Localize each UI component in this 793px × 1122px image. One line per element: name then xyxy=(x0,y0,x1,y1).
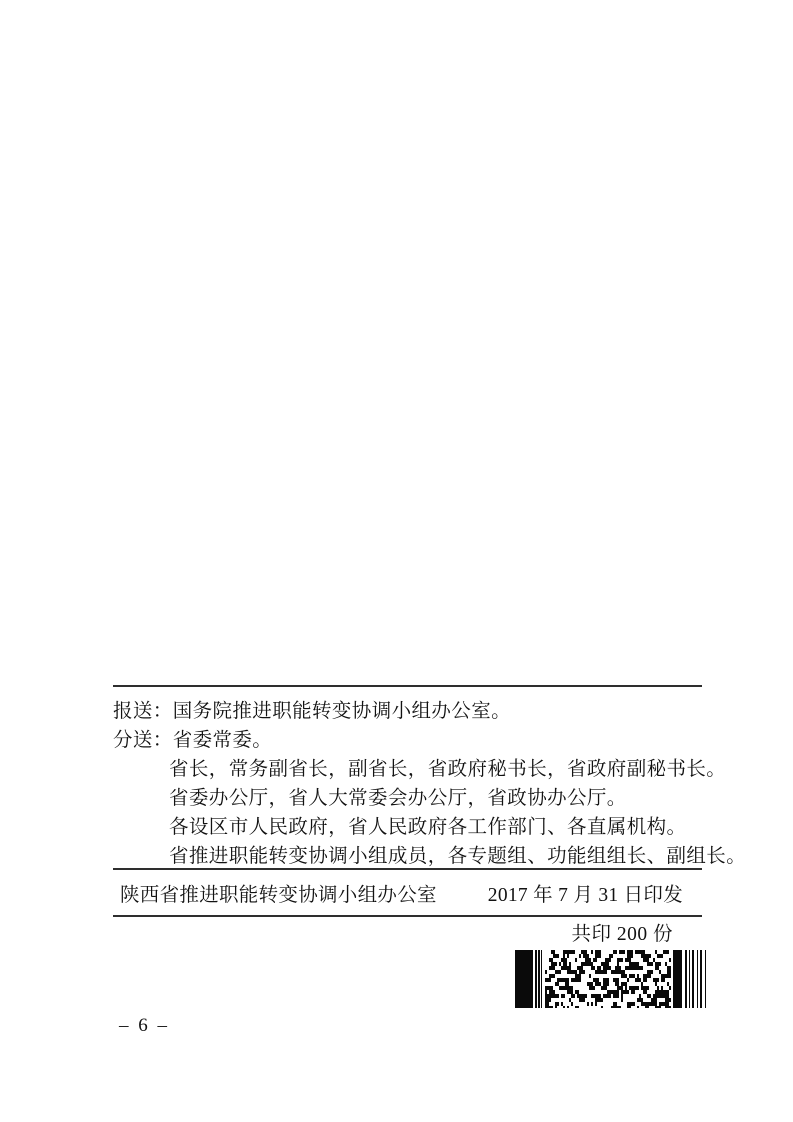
document-page: 报送：国务院推进职能转变协调小组办公室。 分送：省委常委。 省长，常务副省长，副… xyxy=(0,0,793,1122)
issuing-office-label: 陕西省推进职能转变协调小组办公室 xyxy=(120,879,437,907)
print-count-label: 共印 200 份 xyxy=(571,918,673,946)
colophon-row: 陕西省推进职能转变协调小组办公室 2017 年 7 月 31 日印发 xyxy=(120,879,683,907)
notation-line: 省推进职能转变协调小组成员，各专题组、功能组组长、副组长。 xyxy=(169,842,713,871)
notation-divider-top xyxy=(113,685,702,687)
pdf417-barcode-image xyxy=(515,950,707,1008)
notation-line-distribute-to: 分送：省委常委。 xyxy=(113,726,713,755)
page-number: – 6 – xyxy=(119,1015,170,1037)
notation-line: 各设区市人民政府，省人民政府各工作部门、各直属机构。 xyxy=(169,813,713,842)
notation-line: 省委办公厅，省人大常委会办公厅，省政协办公厅。 xyxy=(169,784,713,813)
colophon-divider-top xyxy=(113,868,702,870)
colophon-divider-bottom xyxy=(113,915,702,917)
distribution-notation-block: 报送：国务院推进职能转变协调小组办公室。 分送：省委常委。 省长，常务副省长，副… xyxy=(113,697,713,871)
notation-line: 省长，常务副省长，副省长，省政府秘书长，省政府副秘书长。 xyxy=(169,755,713,784)
print-date-label: 2017 年 7 月 31 日印发 xyxy=(488,879,683,907)
notation-line-report-to: 报送：国务院推进职能转变协调小组办公室。 xyxy=(113,697,713,726)
